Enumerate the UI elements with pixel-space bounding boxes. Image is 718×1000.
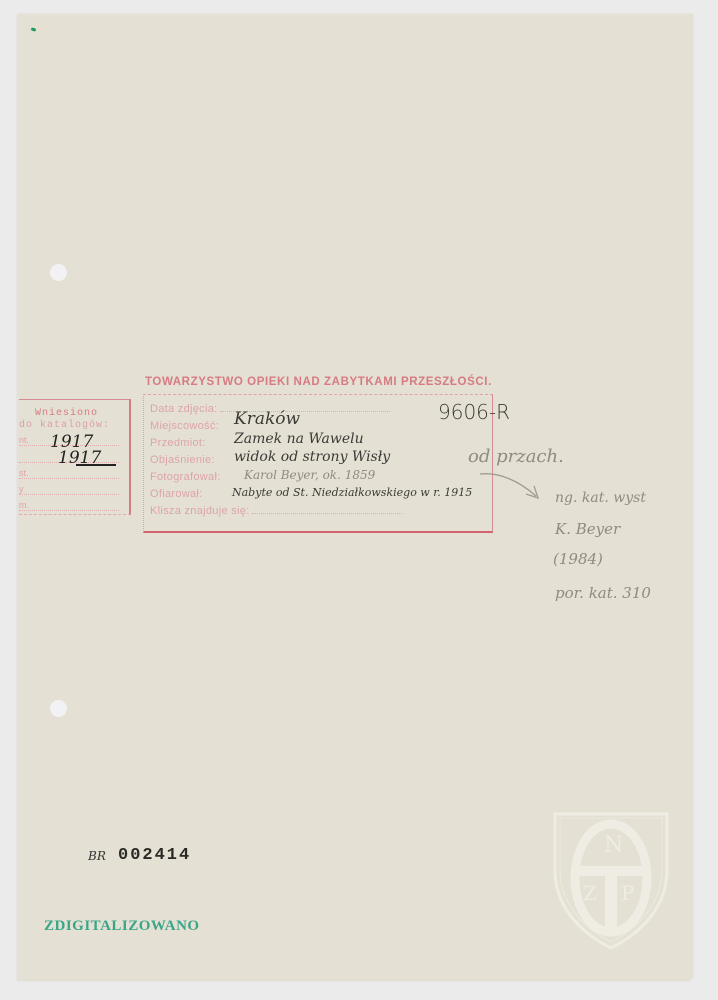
field-donor: Ofiarował: bbox=[150, 488, 203, 500]
svg-text:P: P bbox=[621, 881, 634, 905]
value-place: Kraków bbox=[234, 409, 300, 429]
field-description: Objaśnienie: bbox=[150, 454, 215, 466]
stamp-left-line: m. bbox=[19, 500, 119, 511]
punch-hole-top bbox=[50, 264, 67, 281]
value-donor: Nabyte od St. Niedziałkowskiego w r. 191… bbox=[232, 486, 472, 499]
stamp-left-line: st. bbox=[19, 468, 119, 479]
field-photographer: Fotografował: bbox=[150, 471, 221, 483]
institution-stamp-title: TOWARZYSTWO OPIEKI NAD ZABYTKAMI PRZESZŁ… bbox=[145, 376, 492, 388]
value-object: Zamek na Wawelu bbox=[234, 431, 364, 447]
digitized-stamp: ZDIGITALIZOWANO bbox=[44, 918, 200, 935]
punch-hole-bottom bbox=[50, 700, 67, 717]
underline-stroke bbox=[76, 464, 116, 466]
pencil-arrow-icon bbox=[478, 470, 544, 504]
catalog-number: 9606-R bbox=[438, 400, 510, 424]
pencil-note-4: por. kat. 310 bbox=[555, 584, 651, 602]
field-place: Miejscowość: bbox=[150, 420, 219, 432]
stamp-left-line: y bbox=[19, 484, 119, 495]
svg-text:N: N bbox=[604, 833, 623, 858]
pencil-note-1: ng. kat. wyst bbox=[555, 490, 646, 506]
side-note: od przach. bbox=[468, 446, 564, 467]
svg-text:Z: Z bbox=[583, 881, 597, 905]
field-object: Przedmiot: bbox=[150, 437, 206, 449]
value-photographer: Karol Beyer, ok. 1859 bbox=[244, 468, 375, 482]
serial-prefix: BR bbox=[88, 849, 106, 863]
stamp-left-title: Wniesiono bbox=[35, 408, 98, 419]
serial-number: 002414 bbox=[118, 846, 191, 865]
field-negative-location: Klisza znajduje się: bbox=[150, 505, 402, 517]
value-description: widok od strony Wisły bbox=[234, 449, 390, 465]
pencil-note-3: (1984) bbox=[553, 550, 603, 568]
pencil-note-2: K. Beyer bbox=[555, 520, 620, 538]
ntzp-watermark-icon: N Z P bbox=[547, 800, 675, 950]
stamp-left-subtitle: do katalogów: bbox=[19, 420, 110, 431]
